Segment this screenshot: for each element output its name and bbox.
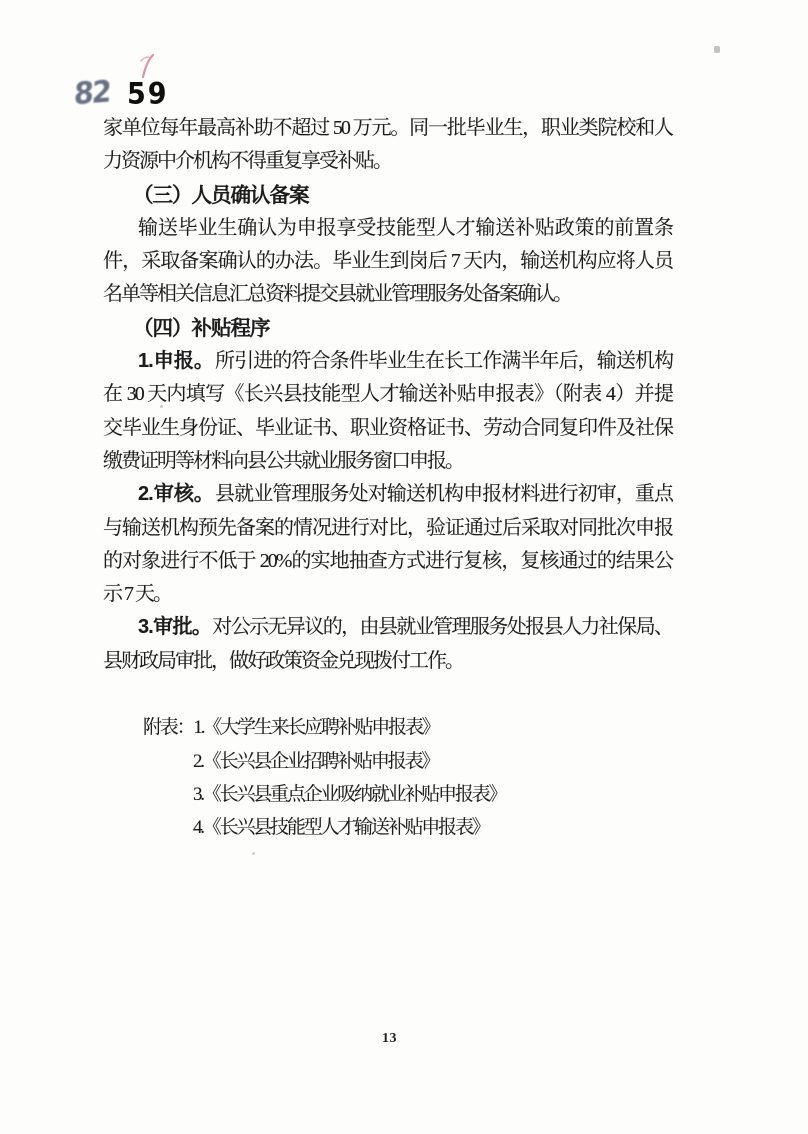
text-line: 在 30 天内填写《长兴县技能型人才输送补贴申报表》（附表 4）并提	[103, 378, 672, 411]
text-line: 件，采取备案确认的办法。毕业生到岗后 7 天内，输送机构应将人员	[103, 245, 672, 278]
attachment-item: 4.《长兴县技能型人才输送补贴申报表》	[103, 811, 672, 844]
text-line: 1.申报。所引进的符合条件毕业生在长工作满半年后，输送机构	[103, 345, 672, 378]
document-body: 家单位每年最高补助不超过 50 万元。同一批毕业生，职业类院校和人 力资源中介机…	[103, 112, 672, 845]
attachment-item: 2.《长兴县企业招聘补贴申报表》	[103, 745, 672, 778]
text-line: 示 7 天。	[103, 578, 672, 611]
text-line: 交毕业生身份证、毕业证书、职业资格证书、劳动合同复印件及社保	[103, 412, 672, 445]
text-line: 输送毕业生确认为申报享受技能型人才输送补贴政策的前置条	[103, 212, 672, 245]
scan-speck-icon	[714, 46, 720, 53]
text-line: 2.审核。县就业管理服务处对输送机构申报材料进行初审，重点	[103, 478, 672, 511]
scan-speck-icon	[252, 852, 255, 855]
text-line: 县财政局审批，做好政策资金兑现拨付工作。	[103, 645, 672, 678]
blank-line	[103, 678, 672, 711]
numbered-lead: 3.审批。	[138, 616, 211, 638]
page-number: 13	[382, 1031, 397, 1047]
section-heading-4: （四）补贴程序	[103, 312, 672, 345]
section-heading-3: （三）人员确认备案	[103, 179, 672, 212]
numbered-lead: 2.审核。	[138, 483, 214, 505]
attachments-label: 附表：	[143, 717, 193, 738]
text-line: 名单等相关信息汇总资料提交县就业管理服务处备案确认。	[103, 278, 672, 311]
line-text: 县就业管理服务处对输送机构申报材料进行初审，重点	[215, 483, 672, 505]
text-line: 3.审批。对公示无异议的，由县就业管理服务处报县人力社保局、	[103, 611, 672, 644]
text-line: 的对象进行不低于 20%的实地抽查方式进行复核，复核通过的结果公	[103, 545, 672, 578]
attachment-line: 附表：1.《大学生来长应聘补贴申报表》	[103, 711, 672, 744]
numbered-lead: 1.申报。	[138, 350, 214, 372]
text-line: 缴费证明等材料向县公共就业服务窗口申报。	[103, 445, 672, 478]
scanned-document-page: { "page": { "number": "13", "background"…	[0, 0, 808, 1134]
printed-page-code: 59	[127, 78, 169, 111]
text-line: 家单位每年最高补助不超过 50 万元。同一批毕业生，职业类院校和人	[103, 112, 672, 145]
attachment-item: 1.《大学生来长应聘补贴申报表》	[193, 717, 438, 738]
text-line: 力资源中介机构不得重复享受补贴。	[103, 145, 672, 178]
line-text: 所引进的符合条件毕业生在长工作满半年后，输送机构	[215, 350, 672, 372]
text-line: 与输送机构预先备案的情况进行对比，验证通过后采取对同批次申报	[103, 512, 672, 545]
line-text: 对公示无异议的，由县就业管理服务处报县人力社保局、	[212, 616, 672, 638]
red-pen-mark-icon	[138, 52, 156, 79]
handwritten-stamp-number: 82	[73, 75, 111, 113]
attachment-item: 3.《长兴县重点企业吸纳就业补贴申报表》	[103, 778, 672, 811]
